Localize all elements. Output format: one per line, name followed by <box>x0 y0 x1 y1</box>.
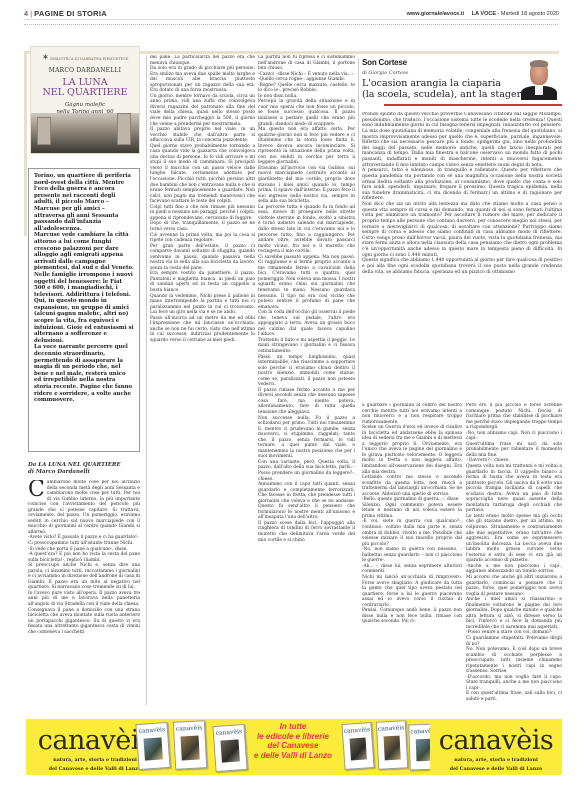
column-divider <box>358 58 359 398</box>
magazine-cover: canavèis <box>173 720 207 770</box>
section-title: PAGINE DI STORIA <box>34 9 107 18</box>
header-meta: www.giornalelavoce.it LA VOCE - Martedì … <box>407 11 559 17</box>
book-title: LA LUNA NEL QUARTIERE <box>31 78 139 98</box>
excerpt-column-5: Però ero il più piccolo e forse avrebbe … <box>466 403 562 703</box>
author-portrait <box>520 58 560 100</box>
star-icon: ✶ <box>42 53 50 63</box>
magazine-cover: canavèis <box>135 722 170 770</box>
section-label: 4|PAGINE DI STORIA <box>24 9 107 18</box>
building-shape <box>117 113 131 145</box>
page-number: 4 <box>24 9 28 18</box>
magazine-cover: canavèis <box>341 722 374 770</box>
ad-tagline: natura, arte, storia e tradizioni <box>432 757 560 763</box>
column-divider <box>146 55 147 705</box>
book-cover: ✶ BIBLIOTECA DI NARRATIVA PIEMONTESE MAR… <box>30 46 140 154</box>
page-header: 4|PAGINE DI STORIA www.giornalelavoce.it… <box>24 8 559 20</box>
publisher-logo: ✶ BIBLIOTECA DI NARRATIVA PIEMONTESE <box>31 53 139 63</box>
excerpt-column-3: La partita non fu ripresa e ci sistemamm… <box>258 55 355 705</box>
promo-text: In tutte le edicole e librerie del Canav… <box>247 722 339 760</box>
left-rail <box>24 51 27 236</box>
canaveis-ad-right[interactable]: canavèis natura, arte, storia e tradizio… <box>430 719 562 775</box>
book-synopsis: Torino, un quartiere di periferia nord-o… <box>28 168 140 452</box>
ad-brand: canavèis <box>432 728 560 754</box>
issue-date: - Martedì 18 agosto 2020 <box>498 11 559 17</box>
cover-photo <box>31 113 139 153</box>
drop-cap: C <box>28 481 45 499</box>
excerpt-column-1: C ambiarono molte cose per noi all'inizi… <box>28 480 140 702</box>
magazine-cover: canavèis <box>212 724 247 772</box>
magazine-cover: canavèis <box>376 720 408 770</box>
excerpt-column-2: del pane. La particolarità del pazzo era… <box>150 55 255 705</box>
opinion-column-body: Prendo spunto da questo vecchio proverbi… <box>362 112 562 390</box>
ad-tagline: del Canavese e delle Valli di Lanzo <box>432 766 560 772</box>
top-divider <box>24 24 558 32</box>
accent-rule <box>384 104 562 106</box>
canaveis-ad-center[interactable]: canavèis canavèis canavèis In tutte le e… <box>157 719 431 775</box>
building-shape <box>37 117 51 145</box>
book-author: MARCO DARDANELLI <box>31 67 139 74</box>
paper-name: LA VOCE <box>472 11 496 17</box>
header-divider: | <box>30 9 32 18</box>
website-link[interactable]: www.giornalelavoce.it <box>407 11 465 17</box>
excerpt-column-4: a guardare i giornalini al centro del no… <box>362 403 462 703</box>
excerpt-caption: Da LA LUNA NEL QUARTIERE di Marco Dardan… <box>28 462 143 476</box>
